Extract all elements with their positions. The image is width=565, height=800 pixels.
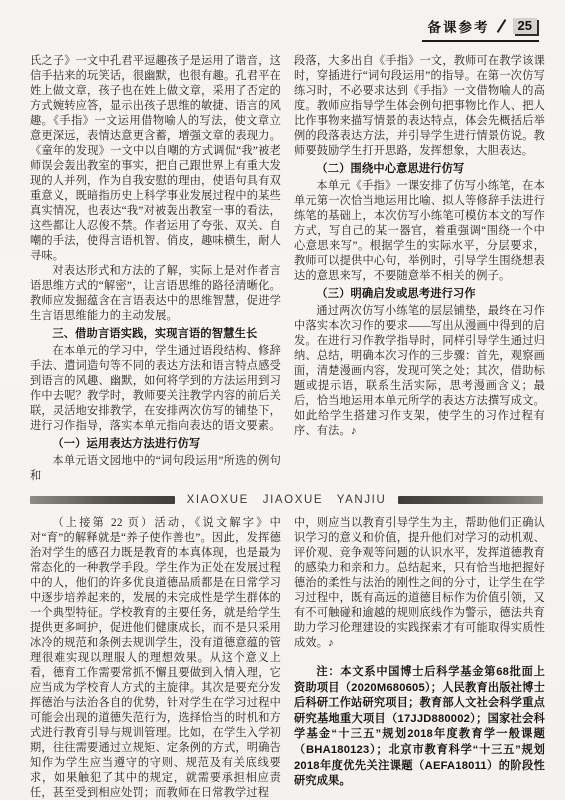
page-header: 备课参考 25 xyxy=(30,16,539,42)
header-badge: 备课参考 25 xyxy=(422,16,539,42)
article-bottom-section: （上接第 22 页）活动，《说文解字》中对“育”的解释就是“养子使作善也”。因此… xyxy=(30,516,545,800)
journal-section-label: 备课参考 xyxy=(428,16,490,36)
top-right-column: 段落，大多出自《手指》一文，教师可在教学该课时，穿插进行“词句段运用”的指导。在… xyxy=(294,54,545,484)
section-heading: 三、借助言语实践，实现言语的智慧生长 xyxy=(30,327,281,342)
article-top-section: 氏之子》一文中孔君平逗趣孩子是运用了谐音，这信手拈来的玩笑话，很幽默，也很有趣。… xyxy=(30,54,545,484)
divider-bar-right xyxy=(398,496,543,504)
body-paragraph: 通过两次仿写小练笔的层层铺垫，最终在习作中落实本次习作的要求——写出从漫画中得到… xyxy=(294,304,545,439)
body-paragraph: 对表达形式和方法的了解，实际上是对作者言语思维方式的“解密”，让言语思维的路径清… xyxy=(30,264,281,324)
bottom-left-column: （上接第 22 页）活动，《说文解字》中对“育”的解释就是“养子使作善也”。因此… xyxy=(30,516,281,800)
slash-divider-icon xyxy=(496,19,506,33)
top-left-column: 氏之子》一文中孔君平逗趣孩子是运用了谐音，这信手拈来的玩笑话，很幽默，也很有趣。… xyxy=(30,54,281,484)
body-paragraph: 本单元《手指》一课安排了仿写小练笔，在本单元第一次恰当地运用比喻、拟人等修辞手法… xyxy=(294,179,545,284)
body-paragraph: 段落，大多出自《手指》一文，教师可在教学该课时，穿插进行“词句段运用”的指导。在… xyxy=(294,54,545,159)
section-heading: （二）围绕中心意思进行仿写 xyxy=(294,162,545,177)
body-paragraph: 中，则应当以教育引导学生为主，帮助他们正确认识学习的意义和价值，提升他们对学习的… xyxy=(294,516,545,651)
section-heading: （一）运用表达方法进行仿写 xyxy=(30,437,281,452)
body-paragraph: 本单元语文园地中的“词句段运用”所选的例句和 xyxy=(30,454,281,484)
body-paragraph: 氏之子》一文中孔君平逗趣孩子是运用了谐音，这信手拈来的玩笑话，很幽默，也很有趣。… xyxy=(30,54,281,264)
bottom-right-column: 中，则应当以教育引导学生为主，帮助他们正确认识学习的意义和价值，提升他们对学习的… xyxy=(294,516,545,800)
journal-pinyin-title: XIAOXUE JIAOXUE YANJIU xyxy=(187,494,387,506)
funding-note-paragraph: 注：本文系中国博士后科学基金第68批面上资助项目（2020M680605）；人民… xyxy=(294,665,545,790)
journal-name-divider: XIAOXUE JIAOXUE YANJIU xyxy=(30,493,543,507)
page-number-badge: 25 xyxy=(513,18,537,34)
divider-bar-left xyxy=(30,496,175,504)
body-paragraph: 在本单元的学习中，学生通过语段结构、修辞手法、遣词造句等不同的表达方法和语言特点… xyxy=(30,344,281,434)
body-paragraph: （上接第 22 页）活动，《说文解字》中对“育”的解释就是“养子使作善也”。因此… xyxy=(30,516,281,800)
journal-page: 备课参考 25 氏之子》一文中孔君平逗趣孩子是运用了谐音，这信手拈来的玩笑话，很… xyxy=(0,0,565,800)
section-heading: （三）明确启发或思考进行习作 xyxy=(294,287,545,302)
